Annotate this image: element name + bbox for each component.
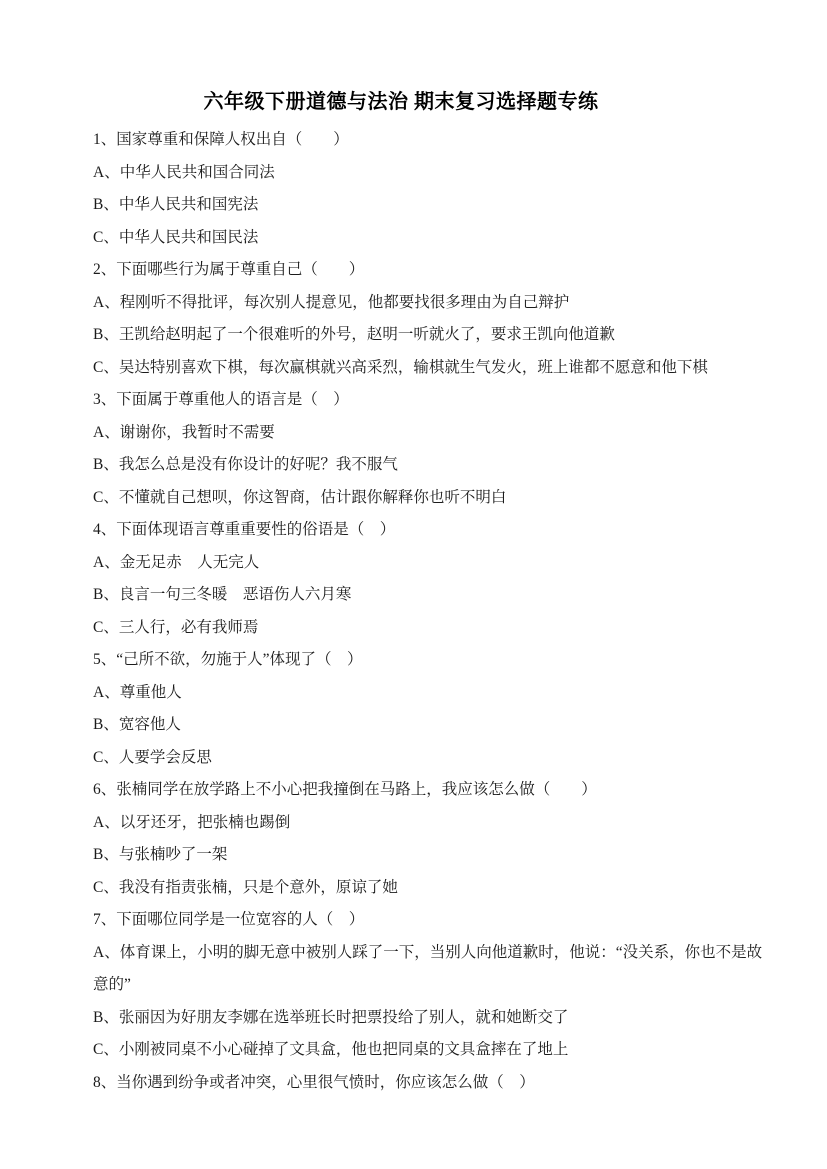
question-2-stem: 2、下面哪些行为属于尊重自己（ ）	[93, 254, 773, 287]
question-7-option-A-line-1: A、体育课上，小明的脚无意中被别人踩了一下，当别人向他道歉时，他说：“没关系，你…	[93, 937, 773, 970]
question-6-option-B: B、与张楠吵了一架	[93, 839, 773, 872]
question-7-stem: 7、下面哪位同学是一位宽容的人（ ）	[93, 904, 773, 937]
question-5-stem: 5、“己所不欲，勿施于人”体现了（ ）	[93, 644, 773, 677]
question-7-option-B: B、张丽因为好朋友李娜在选举班长时把票投给了别人，就和她断交了	[93, 1002, 773, 1035]
question-1-stem: 1、国家尊重和保障人权出自（ ）	[93, 124, 773, 157]
question-1-option-B: B、中华人民共和国宪法	[93, 189, 773, 222]
question-5-option-A: A、尊重他人	[93, 677, 773, 710]
document-title: 六年级下册道德与法治 期末复习选择题专练	[76, 85, 726, 114]
question-4-stem: 4、下面体现语言尊重重要性的俗语是（ ）	[93, 514, 773, 547]
document-body: 1、国家尊重和保障人权出自（ ）A、中华人民共和国合同法B、中华人民共和国宪法C…	[93, 124, 773, 1099]
document-page: 六年级下册道德与法治 期末复习选择题专练 1、国家尊重和保障人权出自（ ）A、中…	[0, 0, 827, 1169]
question-8-stem: 8、当你遇到纷争或者冲突，心里很气愤时，你应该怎么做（ ）	[93, 1067, 773, 1100]
question-1-option-C: C、中华人民共和国民法	[93, 222, 773, 255]
question-3-option-B: B、我怎么总是没有你设计的好呢？我不服气	[93, 449, 773, 482]
question-6-option-C: C、我没有指责张楠，只是个意外，原谅了她	[93, 872, 773, 905]
question-3-option-C: C、不懂就自己想呗，你这智商，估计跟你解释你也听不明白	[93, 482, 773, 515]
question-4-option-B: B、良言一句三冬暖 恶语伤人六月寒	[93, 579, 773, 612]
question-7-option-A-line-2: 意的”	[93, 969, 773, 1002]
question-2-option-B: B、王凯给赵明起了一个很难听的外号，赵明一听就火了，要求王凯向他道歉	[93, 319, 773, 352]
question-5-option-C: C、人要学会反思	[93, 742, 773, 775]
question-6-option-A: A、以牙还牙，把张楠也踢倒	[93, 807, 773, 840]
question-2-option-C: C、吴达特别喜欢下棋，每次赢棋就兴高采烈，输棋就生气发火，班上谁都不愿意和他下棋	[93, 352, 773, 385]
question-5-option-B: B、宽容他人	[93, 709, 773, 742]
question-4-option-A: A、金无足赤 人无完人	[93, 547, 773, 580]
question-7-option-C: C、小刚被同桌不小心碰掉了文具盒，他也把同桌的文具盒摔在了地上	[93, 1034, 773, 1067]
question-2-option-A: A、程刚听不得批评，每次别人提意见，他都要找很多理由为自己辩护	[93, 287, 773, 320]
question-6-stem: 6、张楠同学在放学路上不小心把我撞倒在马路上，我应该怎么做（ ）	[93, 774, 773, 807]
question-1-option-A: A、中华人民共和国合同法	[93, 157, 773, 190]
question-3-stem: 3、下面属于尊重他人的语言是（ ）	[93, 384, 773, 417]
question-4-option-C: C、三人行，必有我师焉	[93, 612, 773, 645]
question-3-option-A: A、谢谢你，我暂时不需要	[93, 417, 773, 450]
